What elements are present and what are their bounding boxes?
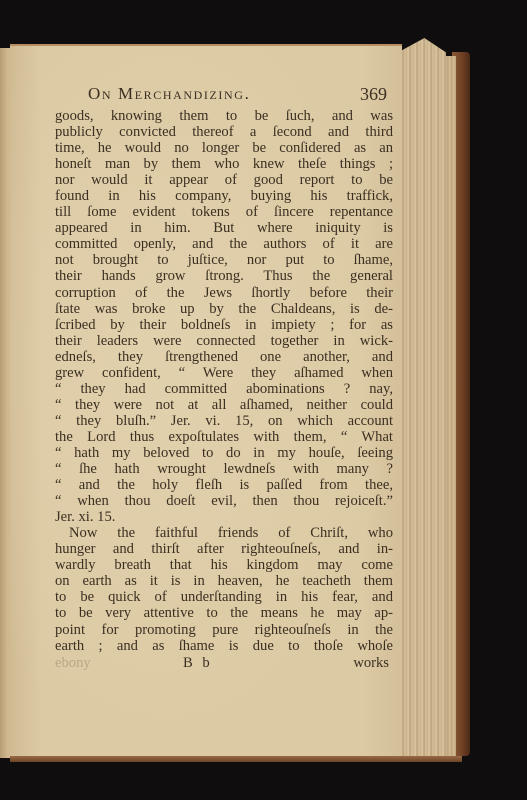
text-line: grew confident, “ Were they aſhamed when <box>55 365 393 381</box>
text-line: goods, knowing them to be ſuch, and was <box>55 108 393 124</box>
text-line: the Lord thus expoſtulates with them, “ … <box>55 429 393 445</box>
text-line: to be very attentive to the means he may… <box>55 605 393 621</box>
text-line: publicly convicted thereof a ſecond and … <box>55 124 393 140</box>
text-line: “ they bluſh.” Jer. vi. 15, on which acc… <box>55 413 393 429</box>
page-block-fore-edge <box>398 38 446 758</box>
text-line: till ſome evident tokens of ſincere repe… <box>55 204 393 220</box>
signature-mark: B b <box>183 654 213 672</box>
text-line: Jer. xi. 15. <box>55 509 393 525</box>
paragraph-start-line: Now the faithful friends of Chriſt, who <box>55 525 393 541</box>
running-head-title: On Merchandizing. <box>88 84 250 104</box>
text-line: nor would it appear of good report to be <box>55 172 393 188</box>
text-line: committed openly, and the authors of it … <box>55 236 393 252</box>
text-line: point for promoting pure righteouſneſs i… <box>55 622 393 638</box>
page-footer: ebony B b works <box>55 654 393 672</box>
text-line: appeared in him. But where iniquity is <box>55 220 393 236</box>
text-line: “ ſhe hath wrought lewdneſs with many ? <box>55 461 393 477</box>
text-line: ſtate was broke up by the Chaldeans, is … <box>55 301 393 317</box>
text-line: “ they were not at all aſhamed, neither … <box>55 397 393 413</box>
text-line: ſcribed by their boldneſs in impiety ; f… <box>55 317 393 333</box>
text-line: “ and the holy fleſh is paſſed from thee… <box>55 477 393 493</box>
bleed-through-text: ebony <box>55 654 91 672</box>
page-text-block: On Merchandizing. 369 goods, knowing the… <box>55 84 393 672</box>
text-line: edneſs, they ſtrengthened one another, a… <box>55 349 393 365</box>
text-line: not brought to juſtice, nor put to ſhame… <box>55 252 393 268</box>
text-line: earth ; and as ſhame is due to thoſe who… <box>55 638 393 654</box>
text-line: “ they had committed abominations ? nay, <box>55 381 393 397</box>
text-line: “ when thou doeſt evil, then thou rejoic… <box>55 493 393 509</box>
text-line: on earth as it is in heaven, he teacheth… <box>55 573 393 589</box>
text-line: their hands grow ſtrong. Thus the genera… <box>55 268 393 284</box>
text-line: to be quick of underſtanding in his fear… <box>55 589 393 605</box>
text-line: wardly breath that his kingdom may come <box>55 557 393 573</box>
text-line: found in his company, buying his traffic… <box>55 188 393 204</box>
running-head: On Merchandizing. 369 <box>55 84 393 108</box>
text-line: honeſt man by them who knew theſe things… <box>55 156 393 172</box>
text-line: hunger and thirſt after righteouſneſs, a… <box>55 541 393 557</box>
book-scan: On Merchandizing. 369 goods, knowing the… <box>0 0 527 800</box>
text-line: corruption of the Jews ſhortly before th… <box>55 285 393 301</box>
text-line: their leaders were connected together in… <box>55 333 393 349</box>
page-bottom-edge <box>10 756 462 762</box>
catchword: works <box>353 654 389 672</box>
text-line: time, he would no longer be conſidered a… <box>55 140 393 156</box>
page-number: 369 <box>360 84 387 105</box>
text-line: “ hath my beloved to do in my houſe, ſee… <box>55 445 393 461</box>
